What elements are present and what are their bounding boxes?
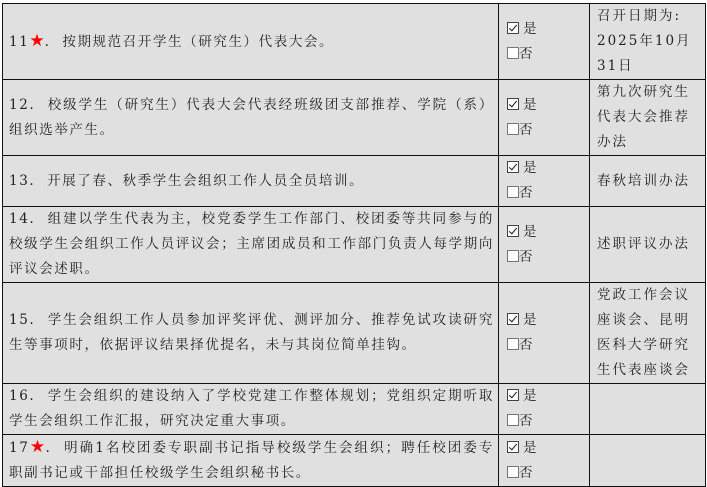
unchecked-box-icon: [507, 47, 519, 59]
table-row: 12. 校级学生（研究生）代表大会代表经班级团支部推荐、学院（系）组织选举产生。…: [3, 80, 706, 156]
item-number: 11: [9, 34, 29, 50]
item-text: 开展了春、秋季学生会组织工作人员全员培训。: [47, 173, 364, 189]
evidence-note: 党政工作会议座谈会、昆明医科大学研究生代表座谈会: [590, 283, 706, 384]
evidence-note: 述职评议办法: [590, 207, 706, 283]
no-checkbox[interactable]: 否: [507, 181, 585, 206]
unchecked-box-icon: [507, 123, 519, 135]
evidence-note: [590, 384, 706, 435]
table-row: 16. 学生会组织的建设纳入了学校党建工作整体规划；党组织定期听取学生会组织工作…: [3, 384, 706, 435]
checked-box-icon: [507, 225, 519, 237]
yes-checkbox[interactable]: 是: [507, 17, 585, 42]
star-icon: ★: [29, 437, 45, 455]
evidence-note: 春秋培训办法: [590, 156, 706, 207]
unchecked-box-icon: [507, 250, 519, 262]
yes-checkbox[interactable]: 是: [507, 384, 585, 409]
yes-checkbox[interactable]: 是: [507, 308, 585, 333]
item-text: 学生会组织的建设纳入了学校党建工作整体规划；党组织定期听取学生会组织工作汇报，研…: [9, 388, 494, 429]
item-number: 15: [9, 312, 29, 328]
item-text: 按期规范召开学生（研究生）代表大会。: [62, 34, 334, 50]
item-text-cell: 13. 开展了春、秋季学生会组织工作人员全员培训。: [3, 156, 499, 207]
item-number: 16: [9, 388, 29, 404]
no-checkbox[interactable]: 否: [507, 333, 585, 358]
no-checkbox[interactable]: 否: [507, 409, 585, 434]
table-row: 17★. 明确1名校团委专职副书记指导校级学生会组织；聘任校团委专职副书记或干部…: [3, 435, 706, 456]
table-row: 15. 学生会组织工作人员参加评奖评优、测评加分、推荐免试攻读研究生等事项时，依…: [3, 283, 706, 384]
yes-no-cell: 是 否: [499, 207, 590, 283]
yes-no-cell: 是 否: [499, 80, 590, 156]
item-text: 校级学生（研究生）代表大会代表经班级团支部推荐、学院（系）组织选举产生。: [9, 97, 494, 138]
unchecked-box-icon: [507, 414, 519, 426]
evidence-note: 召开日期为: 2025年10月31日: [590, 4, 706, 80]
checked-box-icon: [507, 161, 519, 173]
item-number: 13: [9, 173, 29, 189]
evidence-note: [590, 435, 706, 456]
item-text: 学生会组织工作人员参加评奖评优、测评加分、推荐免试攻读研究生等事项时，依据评议结…: [9, 312, 494, 353]
item-text-cell: 12. 校级学生（研究生）代表大会代表经班级团支部推荐、学院（系）组织选举产生。: [3, 80, 499, 156]
checked-box-icon: [507, 389, 519, 401]
item-number: 14: [9, 211, 29, 227]
item-text-cell: 11★. 按期规范召开学生（研究生）代表大会。: [3, 4, 499, 80]
no-checkbox[interactable]: 否: [507, 245, 585, 270]
checklist-table: 11★. 按期规范召开学生（研究生）代表大会。 是 否 召开日期为: 2025年…: [2, 3, 706, 455]
item-number: 12: [9, 97, 29, 113]
checked-box-icon: [507, 22, 519, 34]
item-text: 组建以学生代表为主，校党委学生工作部门、校团委等共同参与的校级学生会组织工作人员…: [9, 211, 494, 277]
yes-checkbox[interactable]: 是: [507, 436, 585, 456]
star-icon: ★: [29, 31, 44, 51]
no-checkbox[interactable]: 否: [507, 42, 585, 67]
checked-box-icon: [507, 98, 519, 110]
yes-no-cell: 是 否: [499, 384, 590, 435]
item-text: 明确1名校团委专职副书记指导校级学生会组织；聘任校团委专职副书记或干部担任校级学…: [9, 440, 494, 455]
yes-checkbox[interactable]: 是: [507, 93, 585, 118]
yes-no-cell: 是 否: [499, 4, 590, 80]
yes-no-cell: 是 否: [499, 156, 590, 207]
item-text-cell: 17★. 明确1名校团委专职副书记指导校级学生会组织；聘任校团委专职副书记或干部…: [3, 435, 499, 456]
checked-box-icon: [507, 441, 519, 453]
evidence-note: 第九次研究生代表大会推荐办法: [590, 80, 706, 156]
item-text-cell: 14. 组建以学生代表为主，校党委学生工作部门、校团委等共同参与的校级学生会组织…: [3, 207, 499, 283]
item-text-cell: 16. 学生会组织的建设纳入了学校党建工作整体规划；党组织定期听取学生会组织工作…: [3, 384, 499, 435]
table-row: 13. 开展了春、秋季学生会组织工作人员全员培训。 是 否 春秋培训办法: [3, 156, 706, 207]
yes-no-cell: 是 否: [499, 283, 590, 384]
no-checkbox[interactable]: 否: [507, 118, 585, 143]
unchecked-box-icon: [507, 338, 519, 350]
table-row: 14. 组建以学生代表为主，校党委学生工作部门、校团委等共同参与的校级学生会组织…: [3, 207, 706, 283]
yes-no-cell: 是 否: [499, 435, 590, 456]
item-number: 17: [9, 440, 29, 455]
yes-checkbox[interactable]: 是: [507, 156, 585, 181]
checked-box-icon: [507, 313, 519, 325]
yes-checkbox[interactable]: 是: [507, 220, 585, 245]
unchecked-box-icon: [507, 186, 519, 198]
item-text-cell: 15. 学生会组织工作人员参加评奖评优、测评加分、推荐免试攻读研究生等事项时，依…: [3, 283, 499, 384]
table-row: 11★. 按期规范召开学生（研究生）代表大会。 是 否 召开日期为: 2025年…: [3, 4, 706, 80]
